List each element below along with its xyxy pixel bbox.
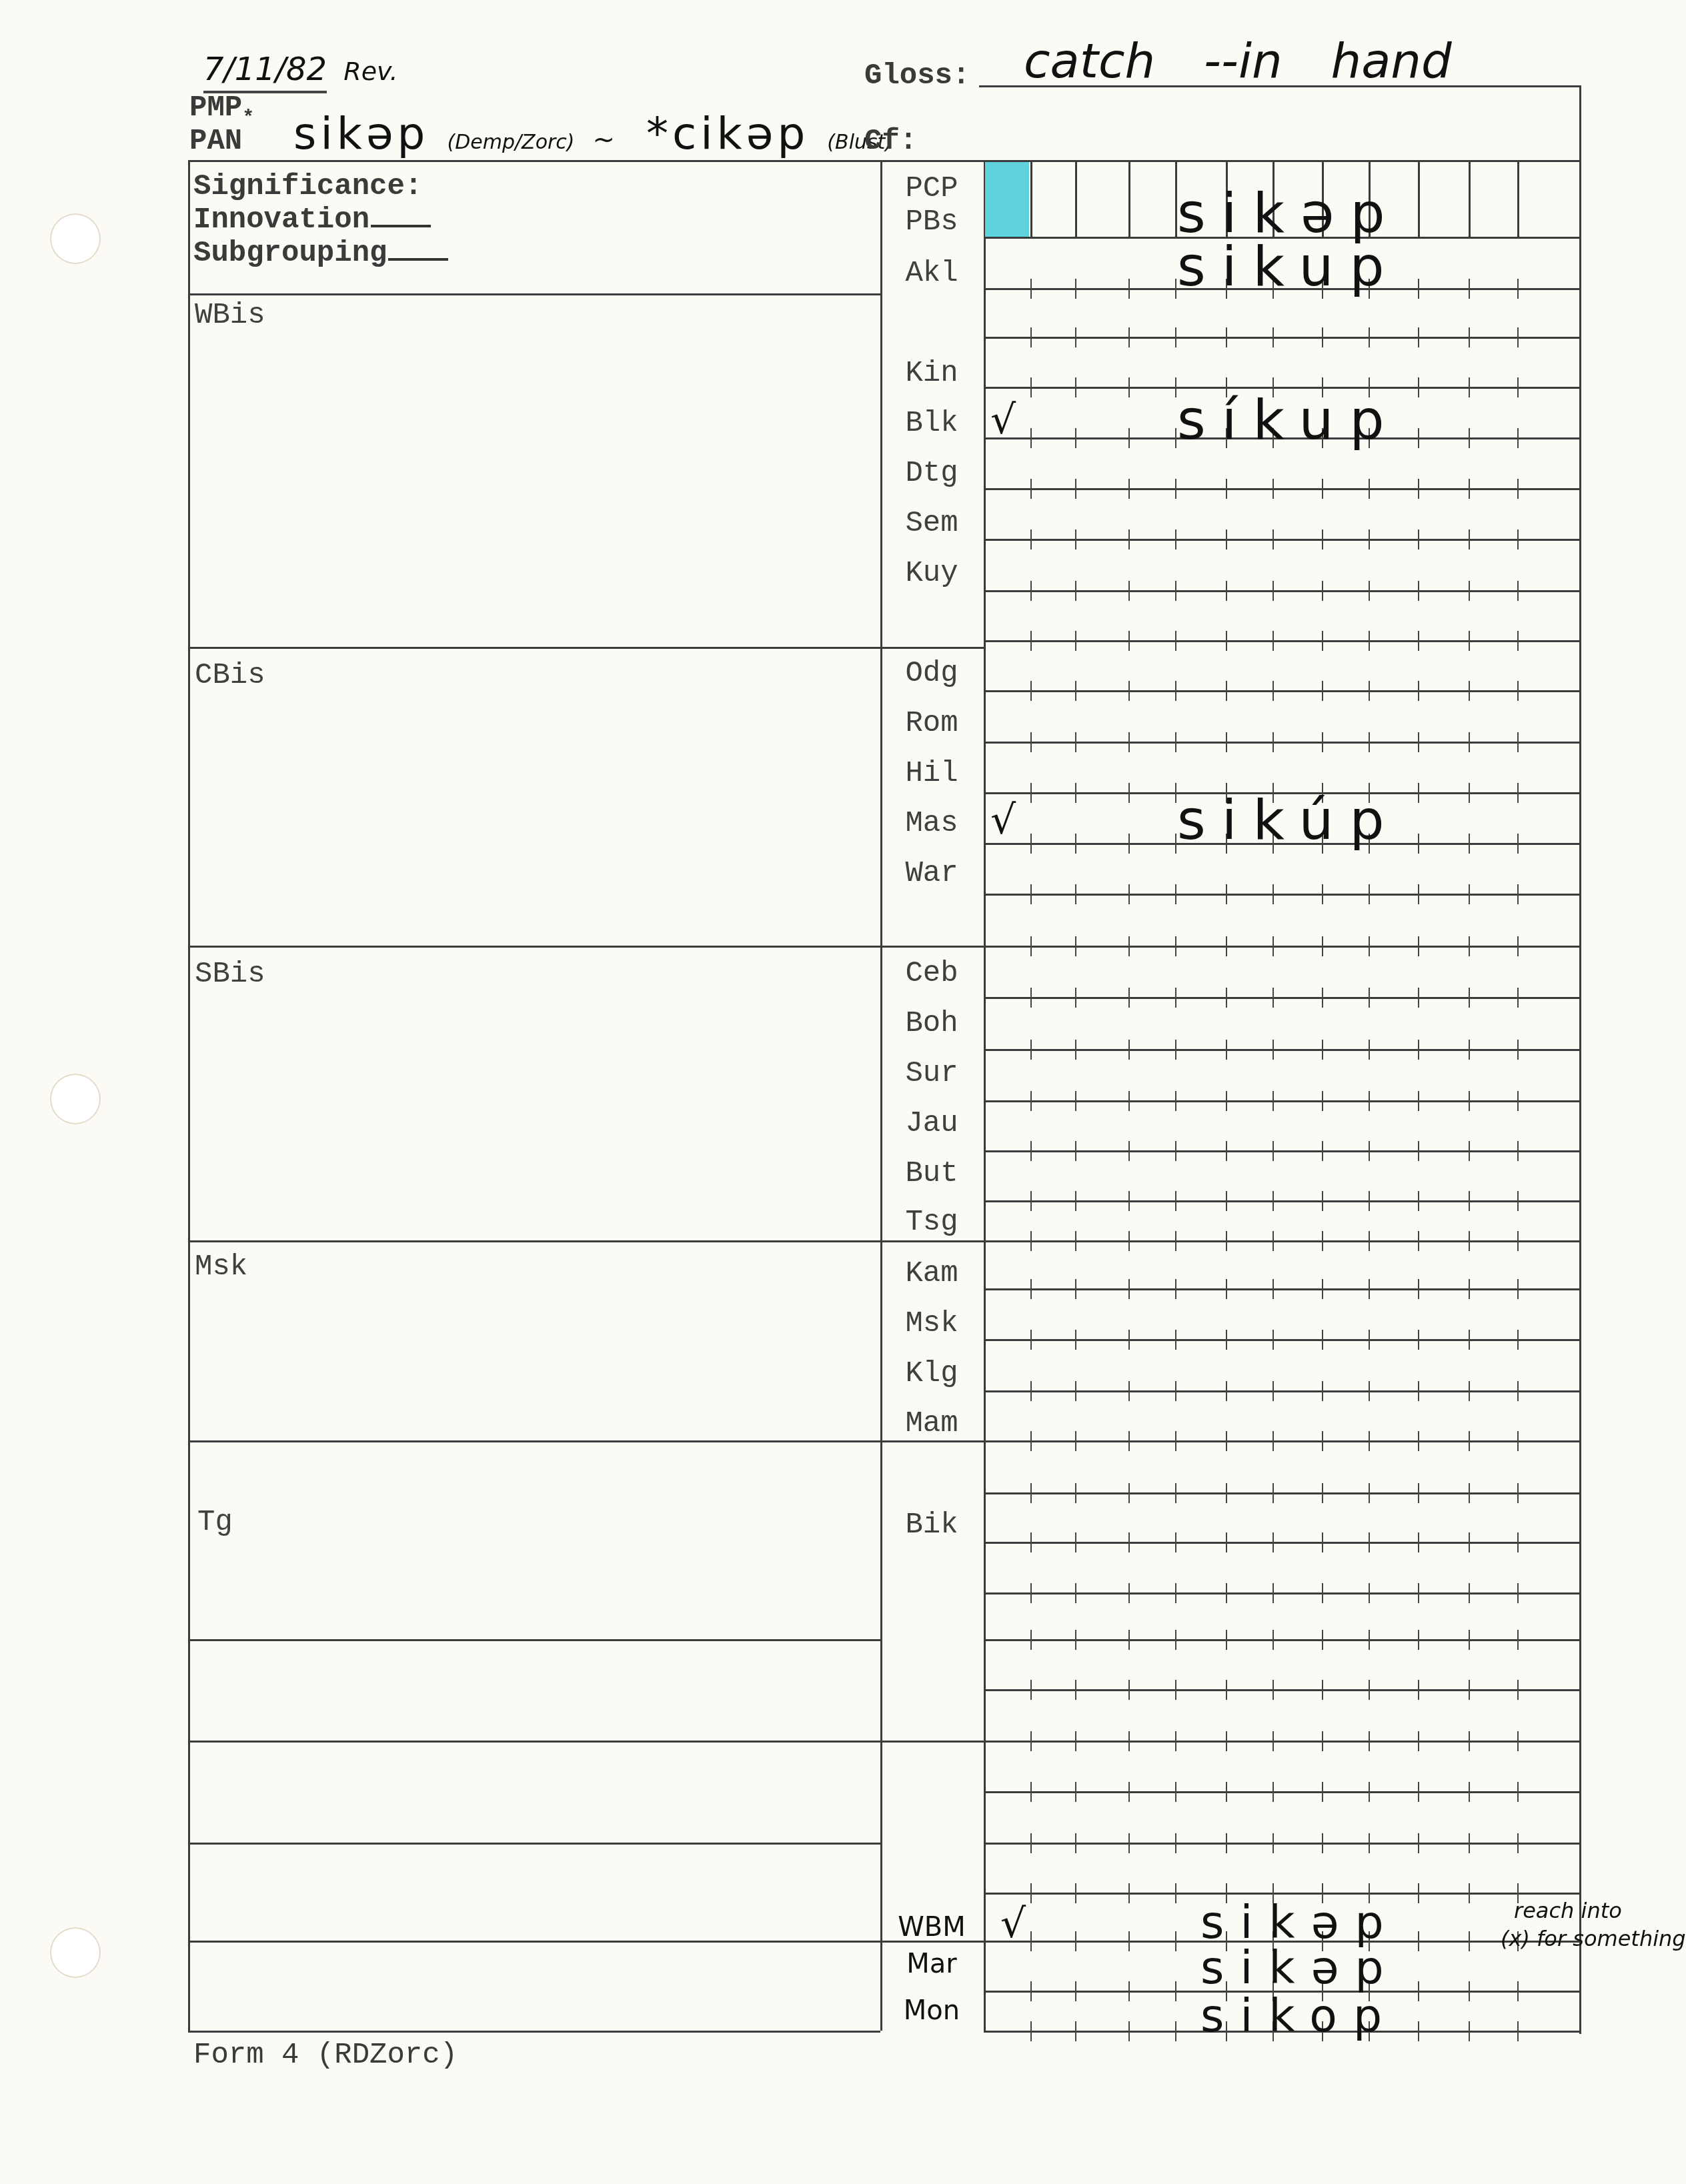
lang-pbs: PBs: [882, 205, 982, 239]
grid-line: [188, 1639, 880, 1641]
grid-tick: [1322, 327, 1323, 347]
grid-tick: [1517, 1483, 1519, 1503]
grid-tick: [1175, 1431, 1176, 1451]
pan-label: PAN: [189, 127, 242, 156]
lang-mam: Mam: [882, 1407, 982, 1440]
grid-tick: [1517, 1091, 1519, 1111]
grid-tick: [1226, 1141, 1227, 1161]
grid-tick: [1175, 1981, 1176, 2001]
grid-tick: [1517, 377, 1519, 397]
grid-line: [984, 1689, 1579, 1691]
grid-tick: [1469, 1583, 1470, 1603]
grid-tick: [1273, 1583, 1274, 1603]
grid-tick: [1030, 1431, 1032, 1451]
grid-tick: [1273, 1731, 1274, 1751]
entry-pbs: sikəp: [1177, 187, 1401, 241]
grid-line: [984, 488, 1579, 490]
grid-tick: [1369, 1782, 1370, 1802]
grid-tick: [1128, 1483, 1130, 1503]
grid-tick: [1517, 1532, 1519, 1552]
grid-line: [984, 1240, 1579, 1242]
grid-tick: [1517, 1279, 1519, 1299]
grid-line: [984, 1592, 1579, 1594]
grid-tick: [1418, 884, 1419, 904]
grid-tick: [1075, 1141, 1076, 1161]
grid-tick: [1128, 988, 1130, 1008]
revision-date: 7/11/82 Rev.: [203, 53, 398, 85]
grid-tick: [1418, 327, 1419, 347]
grid-tick: [1175, 631, 1176, 651]
grid-line: [1517, 160, 1519, 239]
grid-tick: [1226, 988, 1227, 1008]
grid-line: [984, 997, 1579, 999]
grid-tick: [1175, 1532, 1176, 1552]
grid-line: [984, 160, 986, 2031]
grid-tick: [1128, 1381, 1130, 1401]
grid-line: [984, 640, 1579, 642]
lang-boh: Boh: [882, 1007, 982, 1040]
grid-tick: [1175, 529, 1176, 550]
grid-tick: [1369, 479, 1370, 499]
grid-tick: [1418, 1091, 1419, 1111]
grid-tick: [1273, 681, 1274, 701]
grid-tick: [1226, 1680, 1227, 1700]
grid-tick: [1418, 1833, 1419, 1853]
grid-tick: [1175, 884, 1176, 904]
grid-tick: [1369, 1583, 1370, 1603]
grid-tick: [1322, 1141, 1323, 1161]
grid-tick: [1273, 1680, 1274, 1700]
grid-tick: [1418, 1630, 1419, 1650]
grid-tick: [1075, 479, 1076, 499]
grid-tick: [1175, 1091, 1176, 1111]
grid-tick: [1517, 783, 1519, 803]
grid-tick: [1030, 884, 1032, 904]
grid-tick: [1469, 1532, 1470, 1552]
grid-tick: [1128, 479, 1130, 499]
grid-tick: [1469, 1680, 1470, 1700]
grid-tick: [1226, 631, 1227, 651]
grid-tick: [1075, 936, 1076, 956]
grid-tick: [1517, 1680, 1519, 1700]
grid-tick: [1128, 884, 1130, 904]
grid-line: [984, 894, 1579, 896]
grid-tick: [1517, 1833, 1519, 1853]
grid-tick: [1030, 681, 1032, 701]
grid-tick: [1075, 1583, 1076, 1603]
grid-tick: [1075, 279, 1076, 299]
grid-tick: [1369, 581, 1370, 601]
grid-tick: [1226, 681, 1227, 701]
lang-kam: Kam: [882, 1257, 982, 1290]
grid-tick: [1322, 1431, 1323, 1451]
grid-tick: [1030, 936, 1032, 956]
grid-tick: [1469, 834, 1470, 854]
grid-tick: [1469, 1191, 1470, 1211]
section-cbis: CBis: [195, 659, 265, 692]
grid-line: [880, 1741, 984, 1743]
grid-tick: [1075, 1833, 1076, 1853]
grid-tick: [1517, 936, 1519, 956]
grid-line: [984, 1492, 1579, 1494]
alt-form: *cikəp: [646, 108, 809, 159]
grid-tick: [1128, 1630, 1130, 1650]
grid-tick: [1273, 1330, 1274, 1350]
tilde: ~: [593, 125, 616, 155]
grid-tick: [1469, 1279, 1470, 1299]
grid-tick: [1128, 1883, 1130, 1903]
lang-kin: Kin: [882, 357, 982, 390]
grid-tick: [1369, 1731, 1370, 1751]
grid-tick: [1128, 783, 1130, 803]
grid-tick: [1273, 1630, 1274, 1650]
grid-tick: [1030, 1833, 1032, 1853]
grid-tick: [1517, 1141, 1519, 1161]
grid-tick: [1469, 1630, 1470, 1650]
grid-tick: [1418, 1191, 1419, 1211]
grid-tick: [1226, 1431, 1227, 1451]
check-blk: √: [990, 400, 1016, 440]
grid-tick: [1226, 1381, 1227, 1401]
grid-tick: [1418, 732, 1419, 752]
grid-tick: [1175, 1040, 1176, 1060]
grid-tick: [1175, 1883, 1176, 1903]
grid-tick: [1273, 936, 1274, 956]
grid-tick: [1075, 1330, 1076, 1350]
grid-line: [984, 946, 1579, 948]
lang-mar: Mar: [882, 1951, 982, 1977]
entry-akl: sikup: [1177, 240, 1401, 295]
grid-tick: [1226, 1630, 1227, 1650]
pan-source: (Demp/Zorc): [447, 131, 574, 154]
grid-line: [984, 1100, 1579, 1102]
gloss-value: catch --in hand: [1024, 37, 1452, 85]
grid-tick: [1175, 377, 1176, 397]
grid-tick: [1128, 1040, 1130, 1060]
grid-line: [188, 1941, 880, 1943]
grid-tick: [1469, 1483, 1470, 1503]
grid-tick: [1030, 479, 1032, 499]
grid-tick: [1469, 327, 1470, 347]
grid-tick: [1369, 1231, 1370, 1251]
grid-tick: [1075, 1680, 1076, 1700]
grid-tick: [1075, 1931, 1076, 1951]
grid-line: [188, 293, 880, 295]
grid-tick: [1469, 1883, 1470, 1903]
check-mas: √: [990, 800, 1016, 840]
grid-tick: [1226, 1483, 1227, 1503]
grid-tick: [1322, 1782, 1323, 1802]
rev-label: Rev.: [343, 57, 397, 86]
grid-tick: [1030, 279, 1032, 299]
entry-wbm: sikəp: [1200, 1901, 1400, 1946]
grid-tick: [1075, 1731, 1076, 1751]
wbm-note-line2: (x) for something: [1501, 1925, 1686, 1953]
grid-tick: [1128, 1680, 1130, 1700]
grid-tick: [1322, 631, 1323, 651]
grid-tick: [1322, 529, 1323, 550]
grid-tick: [1128, 279, 1130, 299]
grid-tick: [1469, 1091, 1470, 1111]
cf-label: Cf:: [864, 127, 917, 156]
grid-tick: [1418, 783, 1419, 803]
grid-tick: [1322, 988, 1323, 1008]
grid-line: [1579, 85, 1581, 2034]
grid-line: [188, 647, 880, 649]
grid-tick: [1469, 1931, 1470, 1951]
grid-tick: [1418, 377, 1419, 397]
grid-line: [984, 1893, 1579, 1895]
grid-tick: [1128, 1782, 1130, 1802]
section-msk: Msk: [195, 1250, 247, 1284]
grid-tick: [1517, 732, 1519, 752]
grid-tick: [1273, 1833, 1274, 1853]
grid-tick: [1273, 1279, 1274, 1299]
grid-tick: [1030, 1630, 1032, 1650]
grid-line: [188, 160, 1579, 162]
grid-tick: [1517, 1191, 1519, 1211]
lang-sem: Sem: [882, 507, 982, 540]
grid-tick: [1369, 732, 1370, 752]
grid-tick: [1517, 1630, 1519, 1650]
lang-but: But: [882, 1157, 982, 1190]
grid-tick: [1469, 884, 1470, 904]
grid-tick: [1128, 1931, 1130, 1951]
grid-tick: [1175, 1833, 1176, 1853]
grid-tick: [1030, 988, 1032, 1008]
grid-tick: [1469, 1141, 1470, 1161]
grid-tick: [1226, 1532, 1227, 1552]
grid-tick: [1517, 279, 1519, 299]
grid-tick: [1322, 1833, 1323, 1853]
grid-tick: [1469, 783, 1470, 803]
grid-line: [1030, 160, 1032, 239]
grid-tick: [1175, 479, 1176, 499]
grid-tick: [1175, 1931, 1176, 1951]
lang-ceb: Ceb: [882, 957, 982, 990]
grid-line: [984, 1791, 1579, 1793]
grid-tick: [1128, 732, 1130, 752]
grid-tick: [1469, 681, 1470, 701]
grid-tick: [1322, 1091, 1323, 1111]
grid-line: [984, 337, 1579, 339]
entry-mar: sikəp: [1200, 1946, 1400, 1991]
grid-tick: [1128, 834, 1130, 854]
grid-tick: [1418, 1040, 1419, 1060]
grid-tick: [1273, 1381, 1274, 1401]
grid-tick: [1469, 988, 1470, 1008]
grid-tick: [1322, 884, 1323, 904]
grid-tick: [1175, 936, 1176, 956]
grid-tick: [1075, 428, 1076, 448]
grid-tick: [1128, 631, 1130, 651]
grid-tick: [1128, 377, 1130, 397]
grid-tick: [1369, 988, 1370, 1008]
grid-tick: [1226, 936, 1227, 956]
lang-blk: Blk: [882, 407, 982, 440]
grid-tick: [1175, 1191, 1176, 1211]
grid-line: [188, 1240, 880, 1242]
pan-reconstruction: sikəp (Demp/Zorc) ~ *cikəp (Blust): [293, 112, 893, 156]
grid-tick: [1418, 529, 1419, 550]
grid-tick: [1273, 327, 1274, 347]
grid-tick: [1030, 1583, 1032, 1603]
grid-tick: [1517, 834, 1519, 854]
grid-tick: [1075, 681, 1076, 701]
grid-tick: [1517, 1431, 1519, 1451]
grid-tick: [1273, 529, 1274, 550]
grid-tick: [1226, 1833, 1227, 1853]
grid-tick: [1128, 2021, 1130, 2041]
grid-tick: [1175, 327, 1176, 347]
grid-tick: [1322, 479, 1323, 499]
grid-tick: [1030, 783, 1032, 803]
grid-tick: [1369, 1091, 1370, 1111]
grid-tick: [1175, 1231, 1176, 1251]
grid-tick: [1128, 1583, 1130, 1603]
section-tg: Tg: [197, 1506, 233, 1539]
grid-line: [880, 946, 984, 948]
grid-tick: [1369, 1431, 1370, 1451]
grid-tick: [1175, 1483, 1176, 1503]
grid-tick: [1469, 1981, 1470, 2001]
grid-tick: [1322, 1680, 1323, 1700]
grid-tick: [1175, 1141, 1176, 1161]
grid-tick: [1469, 479, 1470, 499]
grid-tick: [1418, 1731, 1419, 1751]
grid-tick: [1273, 732, 1274, 752]
grid-tick: [1226, 1731, 1227, 1751]
grid-line: [984, 1639, 1579, 1641]
grid-tick: [1517, 1583, 1519, 1603]
grid-tick: [1322, 1630, 1323, 1650]
grid-tick: [1175, 1680, 1176, 1700]
grid-tick: [1273, 631, 1274, 651]
grid-tick: [1075, 2021, 1076, 2041]
innovation-field[interactable]: Innovation: [193, 205, 431, 235]
grid-tick: [1469, 428, 1470, 448]
grid-line: [188, 1843, 880, 1845]
grid-tick: [1322, 1731, 1323, 1751]
grid-line: [984, 1150, 1579, 1152]
grid-tick: [1517, 1731, 1519, 1751]
grid-tick: [1226, 1040, 1227, 1060]
grid-tick: [1226, 1091, 1227, 1111]
grid-tick: [1418, 479, 1419, 499]
grid-line: [984, 1200, 1579, 1202]
grid-tick: [1175, 1583, 1176, 1603]
grid-line: [188, 1440, 880, 1442]
grid-tick: [1075, 1782, 1076, 1802]
grid-tick: [1175, 1731, 1176, 1751]
grid-tick: [1030, 2021, 1032, 2041]
grid-tick: [1369, 1532, 1370, 1552]
grid-tick: [1469, 1833, 1470, 1853]
grid-tick: [1517, 681, 1519, 701]
grid-tick: [1075, 1040, 1076, 1060]
grid-tick: [1075, 581, 1076, 601]
grid-tick: [1273, 1483, 1274, 1503]
lang-akl: Akl: [882, 257, 982, 290]
grid-line: [188, 1741, 880, 1743]
grid-tick: [1030, 377, 1032, 397]
grid-line: [880, 647, 984, 649]
grid-tick: [1030, 834, 1032, 854]
grid-tick: [1418, 1532, 1419, 1552]
grid-tick: [1128, 1091, 1130, 1111]
lang-war: War: [882, 857, 982, 890]
grid-tick: [1030, 1279, 1032, 1299]
grid-tick: [1128, 1141, 1130, 1161]
grid-tick: [1369, 1040, 1370, 1060]
grid-line: [984, 1288, 1579, 1290]
grid-tick: [1030, 1981, 1032, 2001]
grid-tick: [1418, 1931, 1419, 1951]
grid-tick: [1273, 988, 1274, 1008]
grid-tick: [1075, 377, 1076, 397]
grid-tick: [1322, 1231, 1323, 1251]
grid-line: [984, 1339, 1579, 1341]
grid-tick: [1273, 1091, 1274, 1111]
grid-tick: [1369, 1680, 1370, 1700]
grid-line: [984, 1843, 1579, 1845]
grid-tick: [1030, 1883, 1032, 1903]
grid-tick: [1226, 1583, 1227, 1603]
grid-tick: [1175, 1381, 1176, 1401]
grid-tick: [1418, 1680, 1419, 1700]
grid-tick: [1075, 732, 1076, 752]
grid-tick: [1128, 1833, 1130, 1853]
grid-tick: [1369, 1330, 1370, 1350]
grid-tick: [1175, 1330, 1176, 1350]
wbm-note: reach into (x) for something: [1501, 1897, 1686, 1953]
form-footer: Form 4 (RDZorc): [193, 2041, 458, 2070]
grid-tick: [1226, 327, 1227, 347]
grid-tick: [1226, 884, 1227, 904]
gloss-underline: [979, 85, 1581, 87]
grid-tick: [1273, 1231, 1274, 1251]
grid-tick: [1369, 1141, 1370, 1161]
grid-tick: [1517, 327, 1519, 347]
grid-tick: [1226, 1231, 1227, 1251]
grid-line: [984, 1440, 1579, 1442]
grid-tick: [1226, 1782, 1227, 1802]
grid-tick: [1418, 1782, 1419, 1802]
grid-tick: [1322, 1483, 1323, 1503]
grid-tick: [1273, 1141, 1274, 1161]
lang-bik: Bik: [882, 1508, 982, 1542]
grid-tick: [1273, 1191, 1274, 1211]
grid-tick: [1128, 1191, 1130, 1211]
grid-line: [984, 1049, 1579, 1051]
grid-tick: [1226, 479, 1227, 499]
section-wbis: WBis: [195, 299, 265, 332]
grid-tick: [1418, 1279, 1419, 1299]
grid-line: [984, 539, 1579, 541]
grid-tick: [1226, 581, 1227, 601]
grid-line: [984, 690, 1579, 692]
grid-tick: [1469, 1731, 1470, 1751]
subgrouping-field[interactable]: Subgrouping: [193, 239, 448, 268]
check-wbm: √: [1000, 1904, 1026, 1944]
grid-tick: [1517, 631, 1519, 651]
grid-tick: [1030, 1532, 1032, 1552]
grid-tick: [1322, 1191, 1323, 1211]
grid-tick: [1469, 936, 1470, 956]
grid-tick: [1030, 1931, 1032, 1951]
grid-line: [188, 2031, 880, 2033]
grid-tick: [1075, 327, 1076, 347]
